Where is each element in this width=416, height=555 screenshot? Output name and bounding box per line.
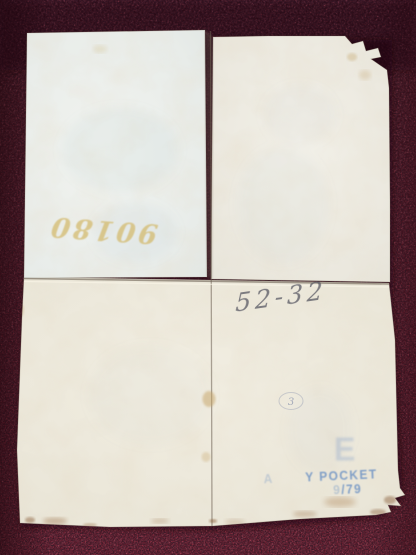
- photo-scene: 3: [0, 0, 416, 555]
- photo-frame: 3 90180 52-32 E A Y POCKET 9/79: [0, 0, 416, 555]
- circled-scribble-text: 3: [288, 397, 294, 408]
